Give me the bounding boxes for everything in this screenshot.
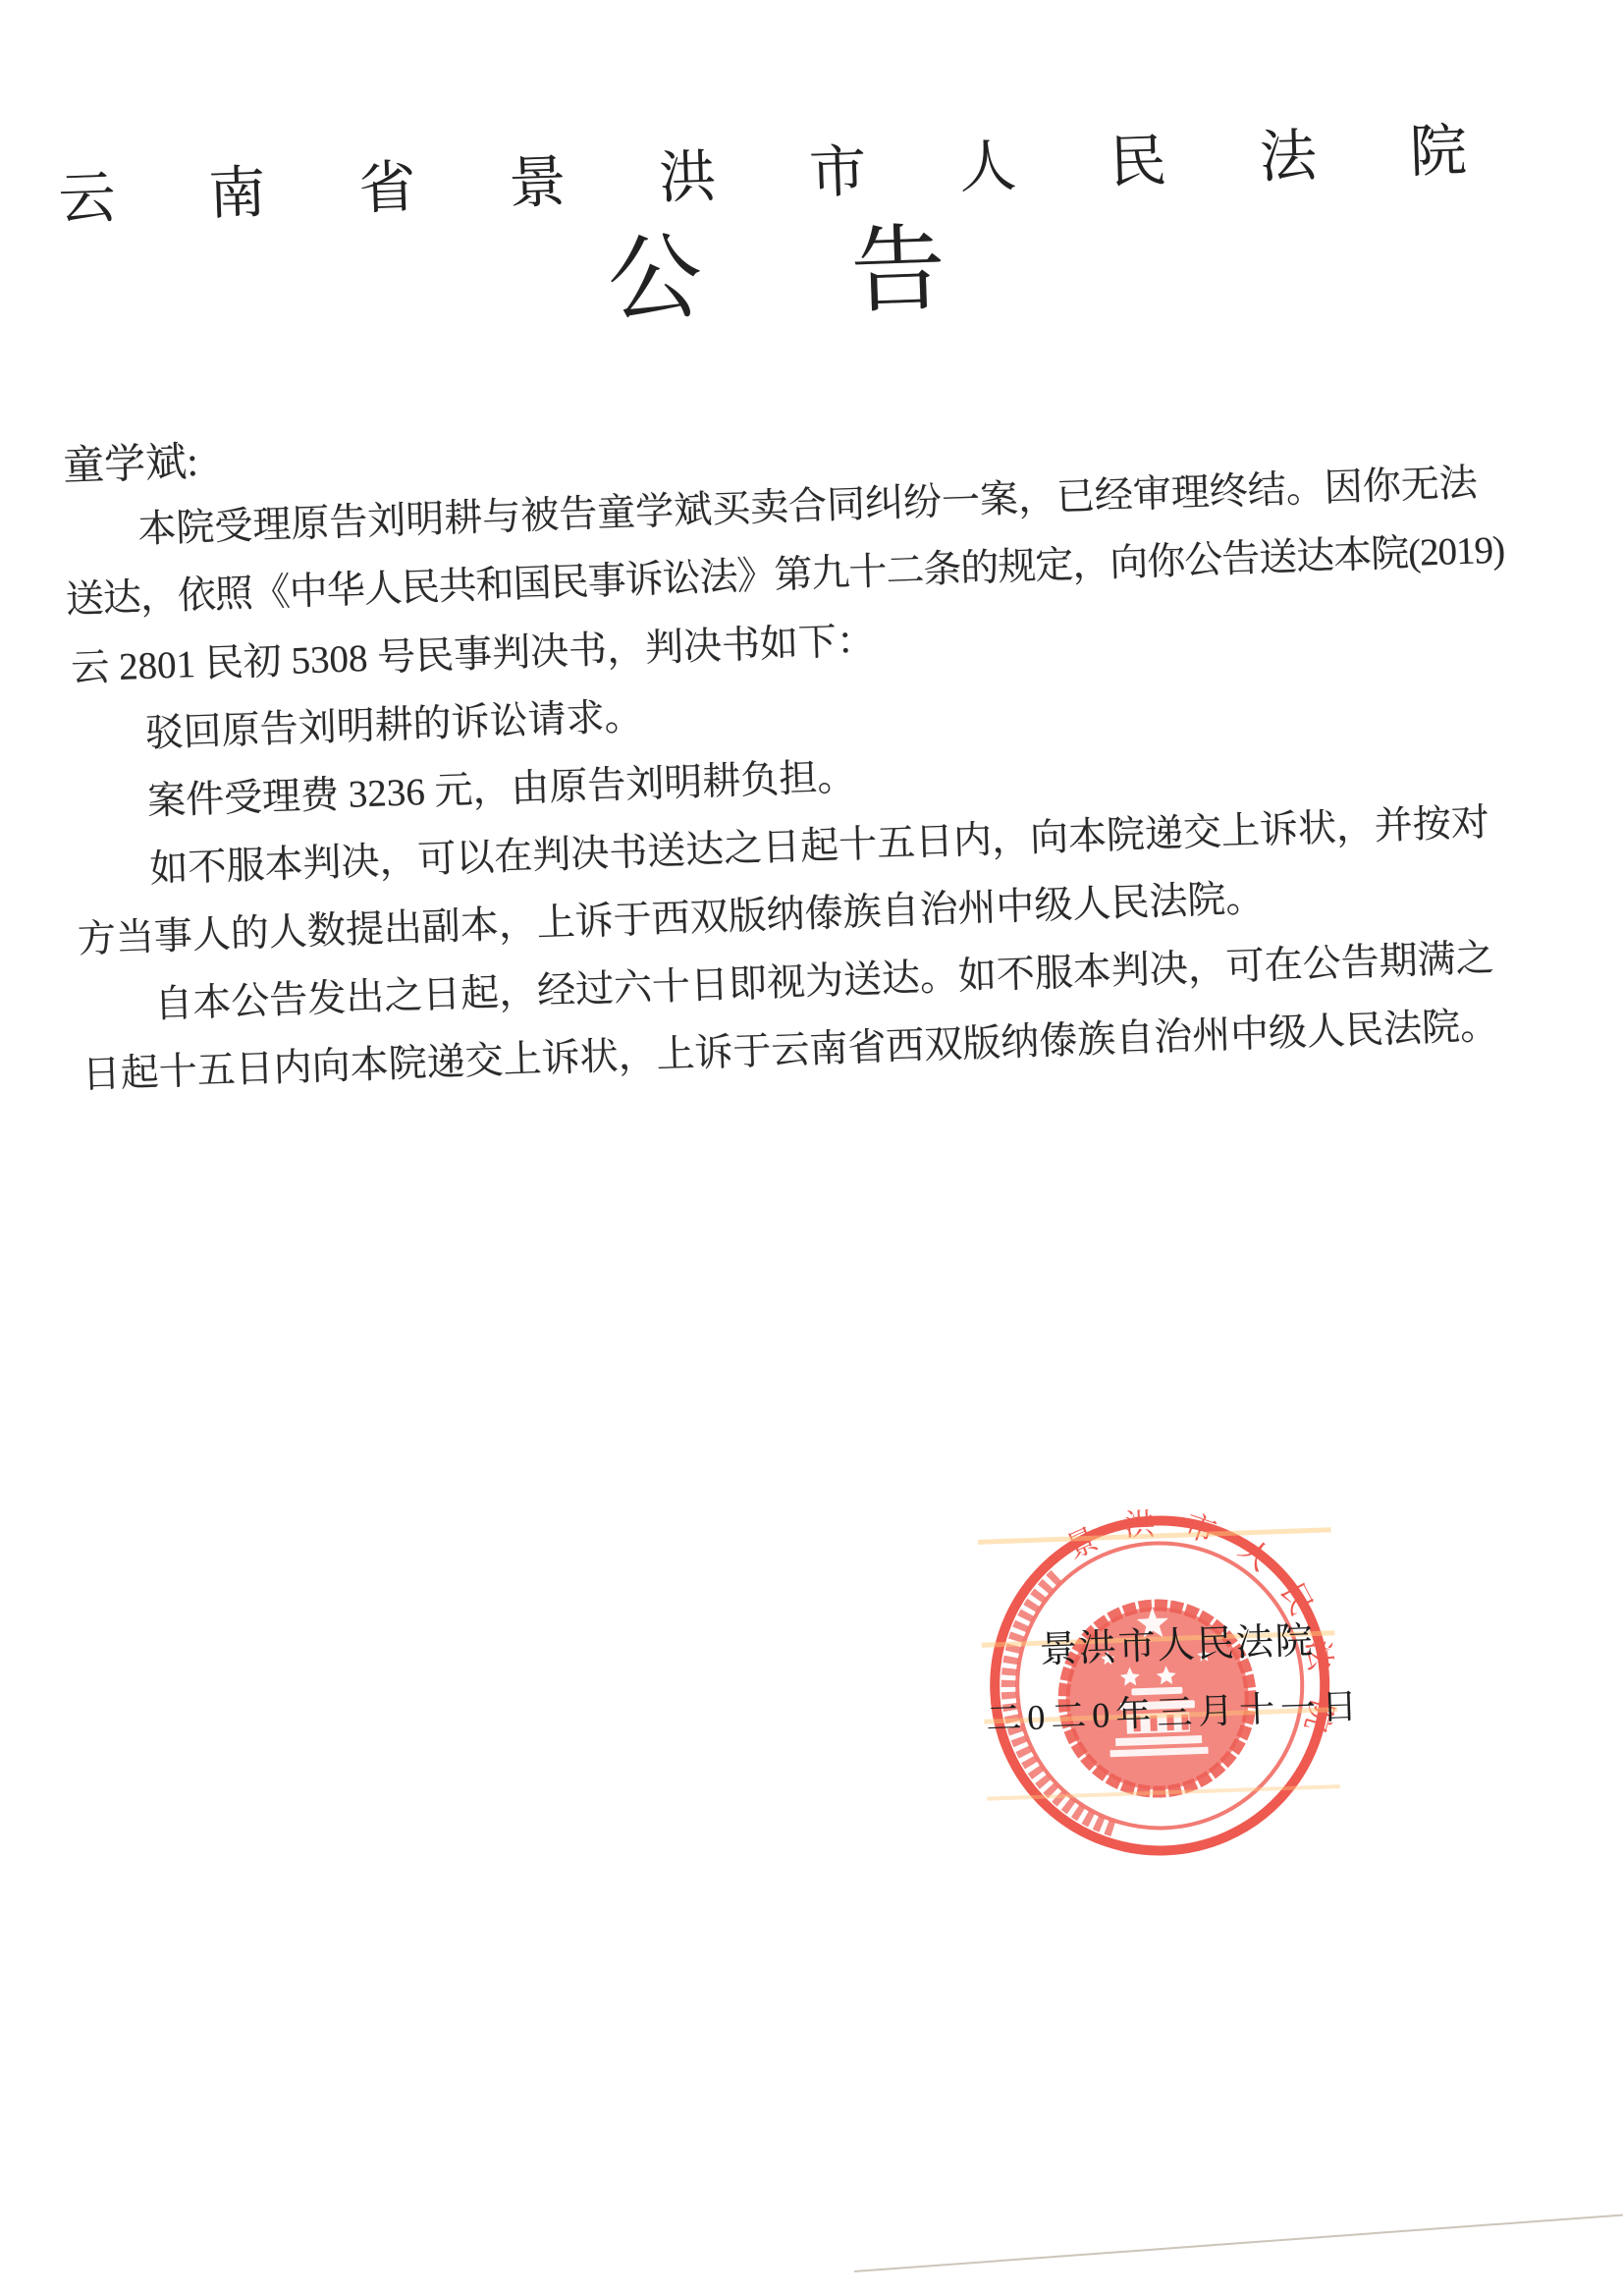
scanned-page: 云南省景洪市人民法院 公告 童学斌: 本院受理原告刘明耕与被告童学斌买卖合同纠纷… (0, 0, 1623, 2296)
body-line: 云 2801 民初 5308 号民事判决书，判决书如下： (70, 610, 875, 693)
body-line: 案件受理费 3236 元，由原告刘明耕负担。 (146, 746, 856, 826)
body-line: 驳回原告刘明耕的诉讼请求。 (144, 685, 644, 758)
signature-court-name: 景洪市人民法院 (1039, 1610, 1316, 1673)
addressee: 童学斌: (62, 429, 199, 493)
announcement-title: 公告 (605, 189, 1096, 340)
